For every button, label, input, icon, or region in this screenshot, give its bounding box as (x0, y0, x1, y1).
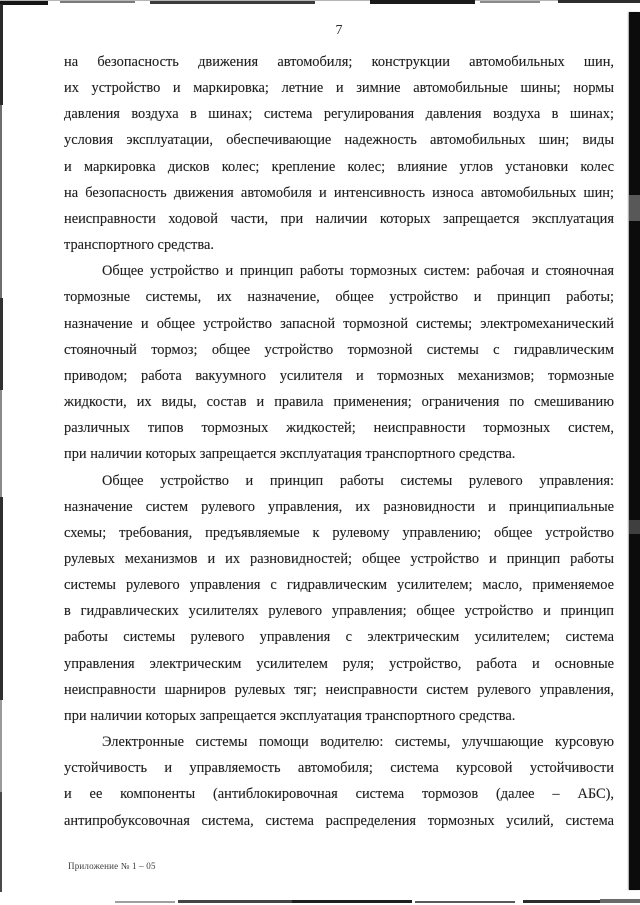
text-line: давления воздуха в шинах; система регули… (64, 101, 614, 127)
text-line: в гидравлических усилителях рулевого упр… (64, 598, 614, 624)
page-number: 7 (64, 23, 614, 39)
scan-artifact-right-edge-light (629, 520, 640, 534)
scan-artifact-top-edge (60, 1, 135, 3)
text-line: Общее устройство и принцип работы тормоз… (64, 258, 614, 284)
footer-note: Приложение № 1 – 05 (68, 861, 156, 871)
text-line: антипробуксовочная система, система расп… (64, 808, 614, 834)
text-line: и ее компоненты (антиблокировочная систе… (64, 781, 614, 807)
text-line: управления электрическим усилителем руля… (64, 651, 614, 677)
scan-artifact-left-edge (0, 105, 2, 298)
document-page: 7 на безопасность движения автомобиля; к… (0, 0, 640, 905)
scan-artifact-top-edge (150, 1, 315, 4)
scan-artifact-bottom-edge (178, 900, 293, 903)
text-line: транспортного средства. (64, 232, 614, 258)
scan-artifact-top-edge (480, 1, 540, 3)
scan-artifact-right-edge (629, 12, 640, 890)
text-line: рулевых механизмов и их разновидностей; … (64, 546, 614, 572)
text-line: на безопасность движения автомобиля и ин… (64, 180, 614, 206)
text-line: стояночный тормоз; общее устройство торм… (64, 337, 614, 363)
text-line: на безопасность движения автомобиля; кон… (64, 49, 614, 75)
scan-artifact-left-edge (0, 4, 3, 105)
scan-artifact-left-edge (0, 497, 3, 700)
text-line: Общее устройство и принцип работы систем… (64, 468, 614, 494)
text-line: при наличии которых запрещается эксплуат… (64, 703, 614, 729)
text-line: их устройство и маркировка; летние и зим… (64, 75, 614, 101)
scan-artifact-bottom-edge (415, 901, 515, 903)
text-line: назначение и общее устройство запасной т… (64, 311, 614, 337)
text-line: и маркировка дисков колес; крепление кол… (64, 154, 614, 180)
text-line: системы рулевого управления с гидравличе… (64, 572, 614, 598)
scan-artifact-top-edge (370, 0, 475, 4)
scan-artifact-bottom-edge (115, 901, 175, 903)
text-line: условия эксплуатации, обеспечивающие над… (64, 127, 614, 153)
text-line: назначение систем рулевого управления, и… (64, 494, 614, 520)
scan-artifact-top-edge (558, 0, 640, 3)
scan-artifact-top-edge (0, 1, 48, 5)
scan-artifact-bottom-edge (600, 899, 640, 903)
text-line: приводом; работа вакуумного усилителя и … (64, 363, 614, 389)
document-body: на безопасность движения автомобиля; кон… (64, 49, 614, 834)
scan-artifact-bottom-edge (523, 900, 600, 903)
scan-artifact-bottom-edge (292, 900, 412, 903)
text-line: Электронные системы помощи водителю: сис… (64, 729, 614, 755)
scan-artifact-right-edge-light (629, 195, 640, 221)
text-line: жидкости, их виды, состав и правила прим… (64, 389, 614, 415)
scan-artifact-left-edge (0, 298, 3, 390)
text-line: при наличии которых запрещается эксплуат… (64, 441, 614, 467)
text-line: различных типов тормозных жидкостей; неи… (64, 415, 614, 441)
text-line: неисправности ходовой части, при наличии… (64, 206, 614, 232)
text-line: схемы; требования, предъявляемые к рулев… (64, 520, 614, 546)
scan-artifact-left-edge (0, 390, 2, 497)
text-line: тормозные системы, их назначение, общее … (64, 284, 614, 310)
text-line: устойчивость и управляемость автомобиля;… (64, 755, 614, 781)
text-line: неисправности шарниров рулевых тяг; неис… (64, 677, 614, 703)
scan-artifact-left-edge (0, 700, 2, 792)
text-line: работы системы рулевого управления с эле… (64, 624, 614, 650)
scan-artifact-left-edge (0, 792, 2, 892)
